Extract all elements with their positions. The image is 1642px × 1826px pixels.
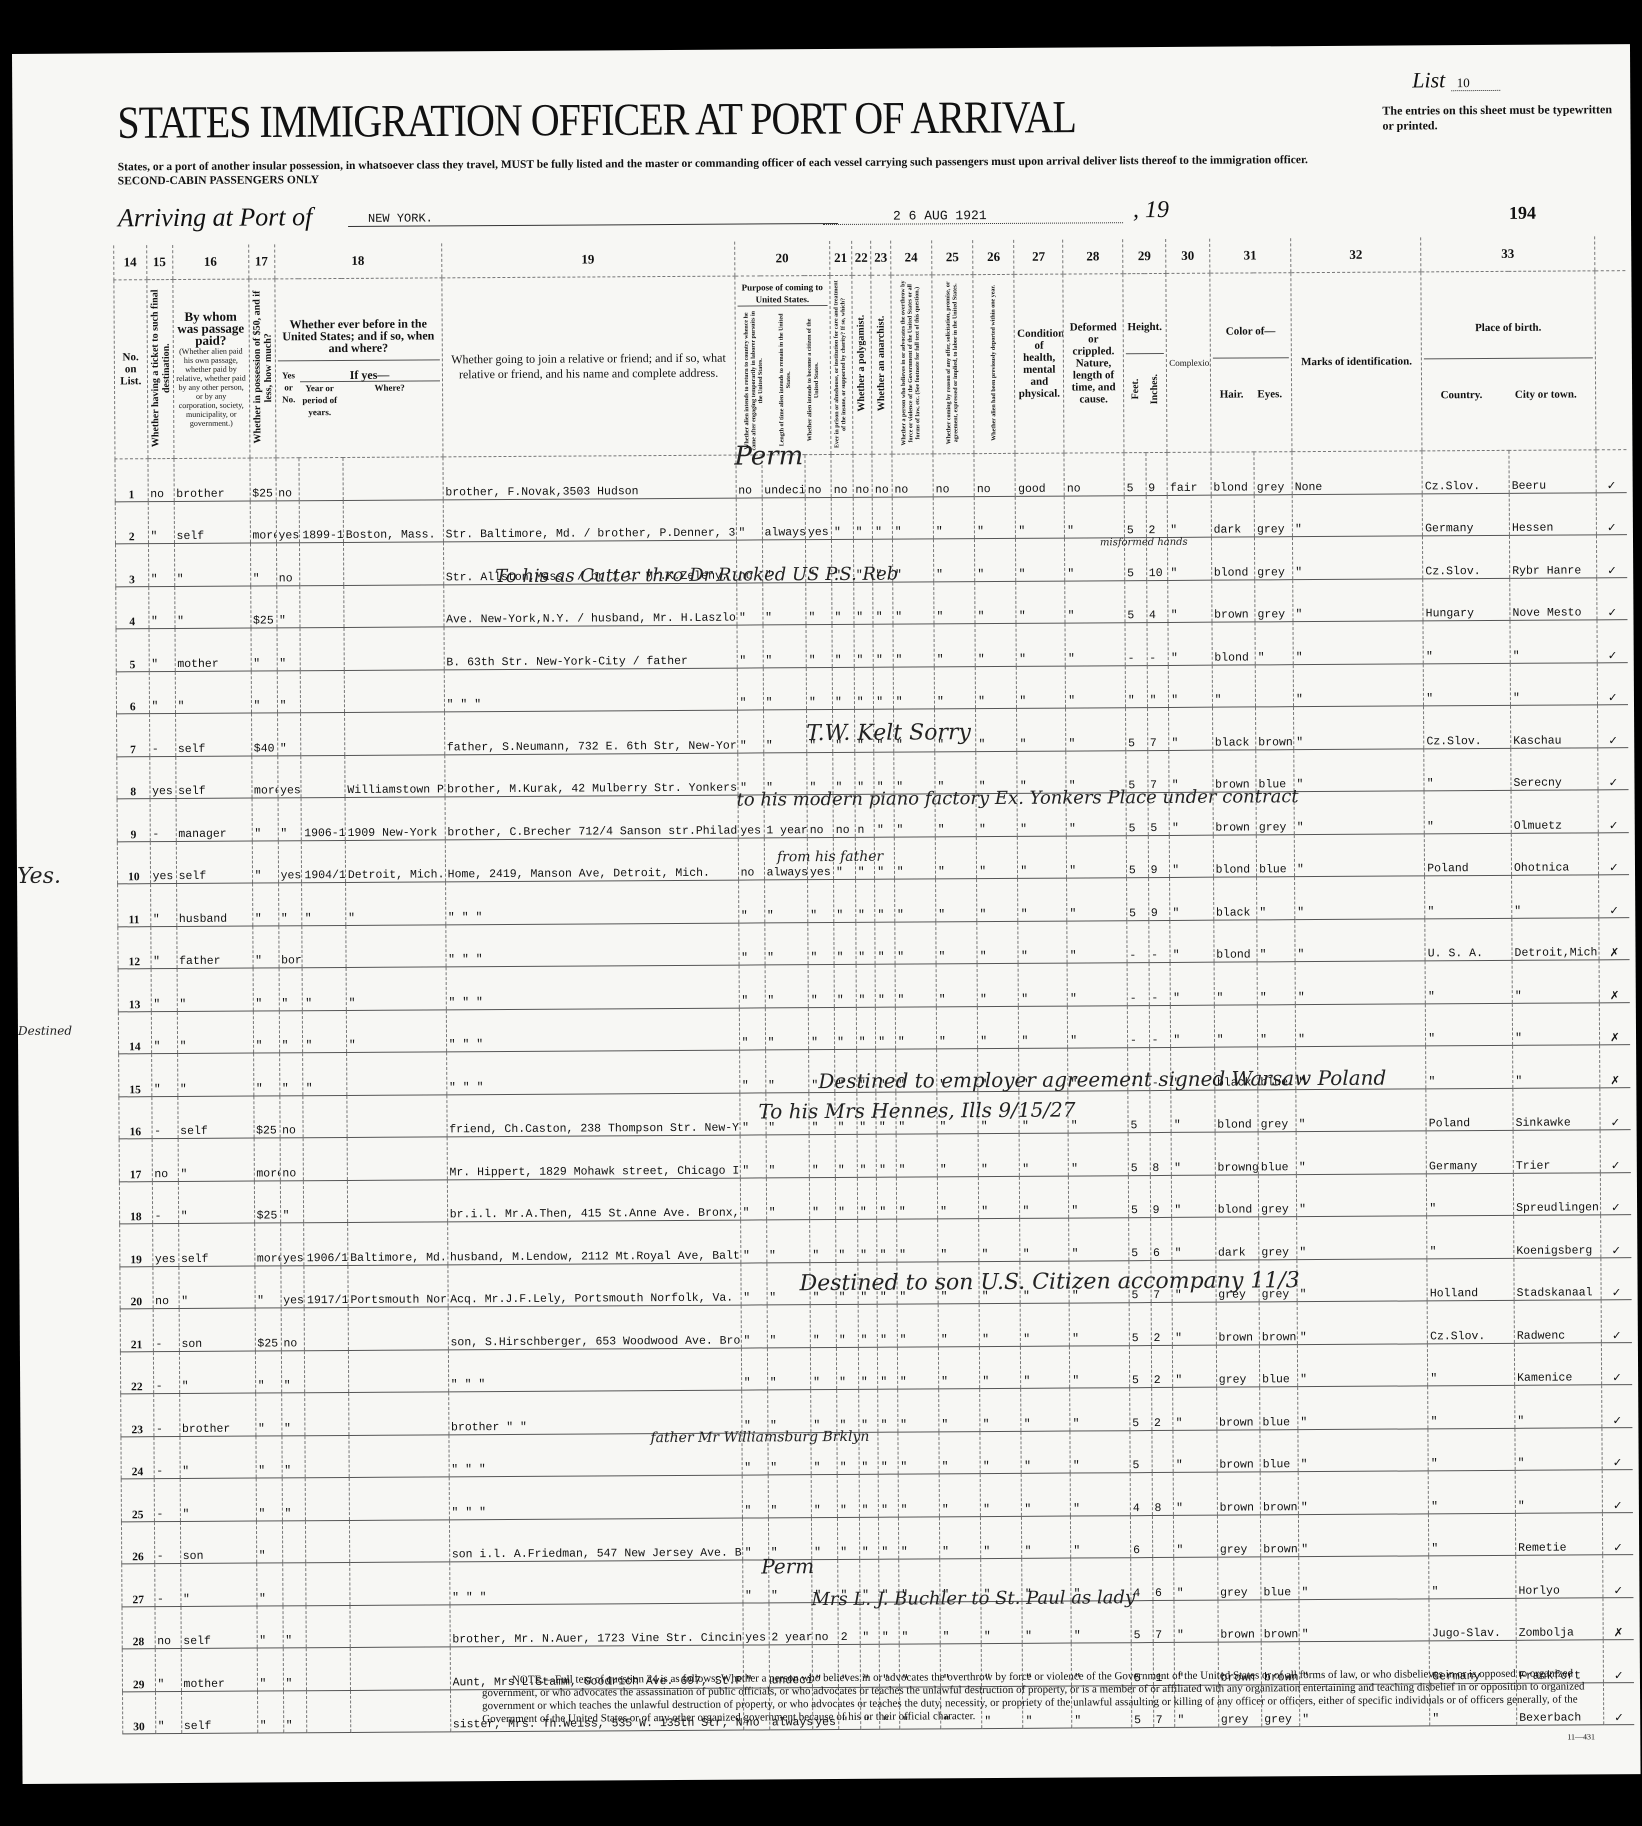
cell-r21: ": [836, 1219, 858, 1262]
cell-deformed: ": [1067, 878, 1127, 921]
colnum-blank: [1594, 236, 1625, 271]
cell-paid: manager: [176, 798, 252, 841]
cell-ticket: -: [152, 1181, 178, 1224]
cell-r20a: ": [739, 965, 765, 1008]
cell-complexion: ": [1172, 1175, 1216, 1218]
cell-money: ": [255, 1435, 281, 1478]
cell-eyes: ": [1257, 1004, 1295, 1047]
cell-r20c: ": [806, 582, 832, 625]
cell-join: " " ": [445, 880, 738, 924]
cell-r20a: no: [738, 837, 764, 880]
cell-before: yes: [277, 755, 301, 798]
handwritten-deformed-row3: misformed hands: [1100, 537, 1188, 549]
cell-money: ": [255, 1350, 281, 1393]
check-mark-icon: ✓: [1601, 1300, 1632, 1343]
header-prison: Ever in prison or almshouse, or institut…: [830, 275, 853, 454]
cell-deformed: ": [1069, 1303, 1129, 1346]
cell-before: ": [278, 883, 302, 926]
cell-r20a: ": [740, 1177, 766, 1220]
cell-country: Cz.Slov.: [1427, 1300, 1514, 1343]
cell-r21: no: [831, 454, 853, 497]
cell-hair: brown: [1216, 1387, 1260, 1430]
cell-r22: ": [853, 582, 873, 625]
cell-eyes: brown: [1261, 1599, 1299, 1642]
cell-feet: 5: [1124, 495, 1146, 538]
cell-country: ": [1428, 1470, 1515, 1513]
check-mark-icon: ✓: [1600, 1215, 1631, 1258]
cell-r23: ": [878, 1347, 898, 1390]
cell-deformed: ": [1068, 1090, 1128, 1133]
cell-year: [306, 1477, 350, 1520]
cell-money: more: [254, 1138, 280, 1181]
cell-r26: ": [980, 1473, 1021, 1516]
cell-hair: brown: [1217, 1472, 1261, 1515]
handwritten-note-row30: Mrs L. J. Buchler to St. Paul as lady: [811, 1587, 1135, 1610]
cell-hair: blond: [1215, 1089, 1259, 1132]
cell-paid: ": [180, 1563, 256, 1606]
cell-marks: ": [1295, 918, 1425, 961]
cell-health: ": [1016, 496, 1065, 539]
check-mark-icon: ✓: [1598, 790, 1629, 833]
cell-inches: 7: [1153, 1600, 1175, 1643]
cell-country: Cz.Slov.: [1424, 705, 1511, 748]
cell-before: ": [283, 1648, 307, 1691]
cell-r20b: ": [765, 965, 809, 1008]
cell-deformed: ": [1068, 1005, 1128, 1048]
cell-health: ": [1018, 836, 1067, 879]
cell-r20b: 2 years: [769, 1602, 813, 1645]
cell-marks: ": [1294, 791, 1424, 834]
entries-note: The entries on this sheet must be typewr…: [1382, 102, 1622, 133]
cell-ticket: yes: [152, 1224, 178, 1267]
cell-r20a: ": [742, 1475, 768, 1518]
cell-paid: husband: [176, 883, 252, 926]
handwritten-note-row7: T.W. Kelt Sorry: [806, 720, 971, 746]
check-mark-icon: ✓: [1598, 832, 1629, 875]
cell-feet: 5: [1130, 1430, 1152, 1473]
cell-r21: ": [836, 1304, 858, 1347]
cell-feet: 5: [1129, 1218, 1151, 1261]
cell-money: $25: [250, 585, 276, 628]
cell-r21: ": [834, 879, 856, 922]
cell-r25: ": [936, 921, 977, 964]
cell-r25: ": [939, 1474, 980, 1517]
cell-hair: blond: [1215, 1174, 1259, 1217]
cell-r25: ": [933, 539, 974, 582]
cell-complexion: ": [1171, 1132, 1215, 1175]
cell-join: brother, Mr. N.Auer, 1723 Vine Str. Cinc…: [450, 1603, 743, 1647]
cell-where: ": [346, 967, 446, 1010]
cell-feet: 5: [1128, 1090, 1150, 1133]
cell-hair: black: [1213, 877, 1257, 920]
cell-r26: ": [975, 623, 1016, 666]
margin-note-row10: Yes.: [17, 864, 61, 889]
cell-r23: ": [877, 1304, 897, 1347]
cell-feet: 5: [1128, 1175, 1150, 1218]
cell-r20a: ": [740, 1220, 766, 1263]
cell-r24: ": [893, 624, 934, 667]
cell-year: ": [303, 967, 347, 1010]
cell-before: [282, 1563, 306, 1606]
cell-r25: ": [935, 836, 976, 879]
cell-no: 21: [120, 1309, 153, 1352]
cell-city: ": [1513, 1045, 1600, 1088]
cell-health: ": [1022, 1473, 1071, 1516]
colnum: 22: [851, 241, 871, 276]
cell-city: Zombolja: [1516, 1597, 1603, 1640]
cell-join: " " ": [444, 668, 737, 712]
cell-city: ": [1510, 662, 1597, 705]
cell-no: 5: [116, 629, 149, 672]
cell-deformed: ": [1068, 1133, 1128, 1176]
cell-year: 1904/1921: [302, 840, 346, 883]
cell-no: 19: [120, 1224, 153, 1267]
cell-r22: ": [857, 1219, 877, 1262]
cell-no: 23: [121, 1394, 154, 1437]
cell-feet: -: [1127, 920, 1149, 963]
cell-r20a: ": [741, 1305, 767, 1348]
cell-r25: ": [933, 496, 974, 539]
cell-before: no: [276, 543, 300, 586]
cell-join: son, S.Hirschberger, 653 Woodwood Ave. B…: [448, 1305, 741, 1349]
cell-r26: ": [976, 708, 1017, 751]
cell-eyes: brown: [1259, 1302, 1297, 1345]
cell-money: $25: [250, 458, 276, 501]
cell-r26: ": [976, 836, 1017, 879]
cell-year: [305, 1392, 349, 1435]
cell-r20c: ": [806, 625, 832, 668]
header-marks: Marks of identification.: [1291, 272, 1422, 452]
cell-r22: ": [859, 1517, 879, 1560]
cell-year: [307, 1647, 351, 1690]
cell-paid: ": [174, 586, 250, 629]
cell-eyes: ": [1257, 919, 1295, 962]
cell-paid: self: [181, 1606, 257, 1649]
cell-complexion: ": [1171, 1005, 1215, 1048]
cell-inches: 6: [1150, 1217, 1172, 1260]
cell-before: ": [282, 1478, 306, 1521]
cell-paid: son: [179, 1308, 255, 1351]
cell-city: Sinkawke: [1513, 1087, 1600, 1130]
cell-paid: self: [175, 756, 251, 799]
check-mark-icon: ✓: [1601, 1257, 1632, 1300]
cell-marks: ": [1292, 493, 1422, 536]
cell-deformed: ": [1071, 1515, 1131, 1558]
cell-inches: 8: [1150, 1132, 1172, 1175]
cell-feet: ": [1125, 665, 1147, 708]
cell-r24: ": [896, 1219, 937, 1262]
cell-money: more: [254, 1223, 280, 1266]
cell-r25: ": [938, 1219, 979, 1262]
cell-deformed: ": [1067, 835, 1127, 878]
cell-complexion: ": [1172, 1217, 1216, 1260]
cell-year: [305, 1307, 349, 1350]
cell-inches: -: [1147, 622, 1169, 665]
cell-country: Hungary: [1423, 578, 1510, 621]
cell-r25: ": [934, 624, 975, 667]
cell-r24: ": [896, 1134, 937, 1177]
cell-inches: -: [1148, 920, 1170, 963]
cell-paid: mother: [181, 1648, 257, 1691]
cell-eyes: grey: [1254, 452, 1292, 495]
cell-join: son i.l. A.Friedman, 547 New Jersey Ave.…: [449, 1518, 742, 1562]
cell-complexion: ": [1170, 877, 1214, 920]
colnum: 17: [248, 244, 274, 279]
cell-join: brother, C.Brecher 712/4 Sanson str.Phil…: [445, 795, 738, 839]
cell-r20a: ": [737, 710, 763, 753]
cell-hair: grey: [1216, 1344, 1260, 1387]
cell-year: 1906-1907: [301, 797, 345, 840]
header-birthplace: Place of birth. Country.City or town.: [1421, 271, 1596, 451]
cell-money: ": [257, 1690, 283, 1733]
cell-before: [282, 1520, 306, 1563]
cell-marks: ": [1295, 876, 1425, 919]
cell-paid: ": [177, 1011, 253, 1054]
cell-inches: ": [1147, 665, 1169, 708]
cell-year: [301, 712, 345, 755]
cell-r20a: ": [738, 880, 764, 923]
cell-r26: ": [978, 1133, 1019, 1176]
cell-marks: ": [1298, 1386, 1428, 1429]
cell-health: ": [1021, 1388, 1070, 1431]
cell-health: ": [1018, 878, 1067, 921]
cell-before: ": [279, 1053, 303, 1096]
cell-city: Olmuetz: [1511, 790, 1598, 833]
cell-money: $25: [255, 1308, 281, 1351]
cell-health: ": [1016, 623, 1065, 666]
form-number: 11—431: [1567, 1732, 1595, 1741]
cell-country: ": [1426, 1045, 1513, 1088]
cell-join: " " ": [449, 1560, 742, 1604]
cell-before: ": [283, 1605, 307, 1648]
cell-before: ": [282, 1435, 306, 1478]
cell-marks: ": [1294, 833, 1424, 876]
cell-r21: ": [832, 624, 854, 667]
colnum: 16: [172, 245, 248, 280]
cell-r23: ": [875, 964, 895, 1007]
cell-eyes: blue: [1259, 1344, 1297, 1387]
cell-before: ": [280, 1180, 304, 1223]
cell-r21: ": [836, 1347, 858, 1390]
cell-country: Germany: [1426, 1130, 1513, 1173]
cell-money: ": [256, 1478, 282, 1521]
cell-year: [306, 1562, 350, 1605]
cell-r20c: ": [809, 1177, 835, 1220]
cell-inches: 4: [1146, 580, 1168, 623]
cell-r21: ": [835, 1134, 857, 1177]
cell-year: [303, 1095, 347, 1138]
cell-hair: dark: [1211, 494, 1255, 537]
cell-eyes: blue: [1261, 1557, 1299, 1600]
cell-ticket: ": [148, 586, 174, 629]
cell-r21: ": [837, 1389, 859, 1432]
colnum: 25: [932, 240, 973, 275]
cell-r25: ": [936, 1006, 977, 1049]
cell-r20b: ": [763, 667, 807, 710]
cell-ticket: ": [149, 629, 175, 672]
cell-inches: -: [1149, 1005, 1171, 1048]
cell-inches: 9: [1148, 877, 1170, 920]
cell-before: ": [279, 1010, 303, 1053]
cell-r24: ": [896, 1176, 937, 1219]
cell-join: B. 63th Str. New-York-City / father: [444, 625, 737, 669]
cell-city: Trier: [1513, 1130, 1600, 1173]
cell-year: [306, 1605, 350, 1648]
check-mark-icon: ✓: [1598, 875, 1629, 918]
cell-health: ": [1018, 963, 1067, 1006]
check-mark-icon: ✗: [1599, 1045, 1630, 1088]
cell-r23: ": [876, 1134, 896, 1177]
cell-health: ": [1017, 708, 1066, 751]
cell-ticket: ": [149, 671, 175, 714]
cell-r20b: ": [763, 625, 807, 668]
cell-hair: grey: [1217, 1514, 1261, 1557]
cell-ticket: no: [152, 1266, 178, 1309]
cell-country: Germany: [1422, 493, 1509, 536]
colnum: 29: [1123, 239, 1167, 274]
cell-r26: ": [975, 538, 1016, 581]
cell-deformed: ": [1067, 920, 1127, 963]
check-mark-icon: ✓: [1601, 1385, 1632, 1428]
cell-marks: ": [1295, 1003, 1425, 1046]
cell-join: " " ": [445, 923, 738, 967]
cell-r20a: ": [736, 582, 762, 625]
cell-no: 6: [116, 671, 149, 714]
check-mark-icon: ✓: [1597, 577, 1628, 620]
handwritten-note-row8: to his modern piano factory Ex. Yonkers …: [737, 786, 1299, 810]
cell-feet: 5: [1126, 835, 1148, 878]
check-mark-icon: ✗: [1599, 1002, 1630, 1045]
cell-country: Poland: [1426, 1088, 1513, 1131]
handwritten-note-row26: father Mr Williamsburg Brklyn: [650, 1429, 869, 1446]
cell-r26: ": [975, 581, 1016, 624]
cell-inches: -: [1149, 962, 1171, 1005]
cell-r26: ": [977, 878, 1018, 921]
cell-r20b: ": [768, 1475, 812, 1518]
column-header-row: No. on List. Whether having a ticket to …: [114, 271, 1627, 459]
cell-paid: ": [178, 1181, 254, 1224]
check-mark-icon: ✓: [1600, 1087, 1631, 1130]
header-before-in-us: Whether ever before in the United States…: [274, 278, 442, 458]
cell-r20a: yes: [743, 1602, 769, 1645]
cell-marks: ": [1293, 621, 1423, 664]
cell-money: $40: [251, 713, 277, 756]
cell-where: [344, 584, 444, 627]
cell-health: ": [1021, 1346, 1070, 1389]
cell-year: [306, 1520, 350, 1563]
cell-r20c: ": [810, 1304, 836, 1347]
cell-r24: ": [893, 666, 934, 709]
cell-feet: 4: [1130, 1473, 1152, 1516]
cell-no: 27: [122, 1564, 155, 1607]
cell-r20c: ": [811, 1474, 837, 1517]
cell-no: 15: [119, 1054, 152, 1097]
cell-before: ": [278, 798, 302, 841]
cell-r20a: ": [737, 667, 763, 710]
cell-marks: ": [1299, 1598, 1429, 1641]
cell-feet: 5: [1125, 708, 1147, 751]
header-money: Whether in possession of $50, and if les…: [248, 279, 275, 458]
cell-where: [350, 1562, 450, 1605]
cell-r25: ": [939, 1389, 980, 1432]
cell-deformed: ": [1066, 708, 1126, 751]
colnum: 30: [1166, 239, 1210, 274]
colnum: 32: [1291, 237, 1421, 272]
cell-eyes: blue: [1260, 1387, 1298, 1430]
cell-year: 1917/1921: [304, 1265, 348, 1308]
cell-r20b: ": [765, 1007, 809, 1050]
cell-before: ": [281, 1393, 305, 1436]
cell-country: ": [1429, 1555, 1516, 1598]
cell-r22: ": [858, 1347, 878, 1390]
header-polygamist: Whether a polygamist.: [852, 275, 873, 454]
cell-country: ": [1424, 790, 1511, 833]
cell-paid: ": [178, 1266, 254, 1309]
cell-no: 11: [118, 884, 151, 927]
cell-deformed: ": [1065, 623, 1125, 666]
check-mark-icon: ✓: [1596, 450, 1627, 493]
cell-country: ": [1427, 1215, 1514, 1258]
cell-eyes: blue: [1256, 834, 1294, 877]
cell-complexion: ": [1174, 1600, 1218, 1643]
cell-r20b: ": [764, 880, 808, 923]
cell-r22: ": [854, 667, 874, 710]
cell-country: ": [1424, 748, 1511, 791]
cell-where: [350, 1647, 450, 1690]
cell-city: Stadskanaal: [1514, 1257, 1601, 1300]
cell-hair: grey: [1217, 1557, 1261, 1600]
cell-feet: -: [1127, 1005, 1149, 1048]
cell-before: no: [280, 1138, 304, 1181]
cell-health: ": [1022, 1516, 1071, 1559]
handwritten-stamp-row1: Perm: [734, 441, 803, 471]
cell-r22: ": [859, 1474, 879, 1517]
cell-r26: ": [977, 963, 1018, 1006]
cell-ticket: no: [155, 1606, 181, 1649]
cell-r24: ": [898, 1474, 939, 1517]
cell-no: 9: [117, 799, 150, 842]
cell-city: ": [1512, 875, 1599, 918]
cell-ticket: ": [151, 1011, 177, 1054]
cell-no: 25: [121, 1479, 154, 1522]
cell-no: 8: [117, 756, 150, 799]
cell-paid: self: [178, 1223, 254, 1266]
cell-r23: ": [875, 922, 895, 965]
cell-r26: ": [980, 1431, 1021, 1474]
cell-no: 17: [119, 1139, 152, 1182]
cell-where: [350, 1604, 450, 1647]
cell-join: brother, M.Kurak, 42 Mulberry Str. Yonke…: [444, 753, 737, 797]
cell-health: ": [1016, 581, 1065, 624]
cell-complexion: ": [1170, 920, 1214, 963]
cell-year: [302, 925, 346, 968]
cell-inches: 2: [1146, 495, 1168, 538]
cell-complexion: ": [1170, 962, 1214, 1005]
cell-city: Beeru: [1509, 450, 1596, 493]
cell-country: Jugo-Slav.: [1429, 1598, 1516, 1641]
check-mark-icon: ✓: [1602, 1427, 1633, 1470]
cell-r20a: ": [739, 1007, 765, 1050]
cell-r24: no: [892, 454, 933, 497]
cell-paid: ": [177, 1053, 253, 1096]
header-complexion: Complexion.: [1166, 273, 1210, 452]
cell-city: Rybr Hanre: [1509, 535, 1596, 578]
cell-join: husband, M.Lendow, 2112 Mt.Royal Ave, Ba…: [447, 1220, 740, 1264]
manifest-sheet: STATES IMMIGRATION OFFICER AT PORT OF AR…: [12, 44, 1641, 1784]
cell-country: Poland: [1425, 833, 1512, 876]
header-health: Condition of health, mental and physical…: [1014, 274, 1064, 453]
cell-before: yes: [280, 1223, 304, 1266]
